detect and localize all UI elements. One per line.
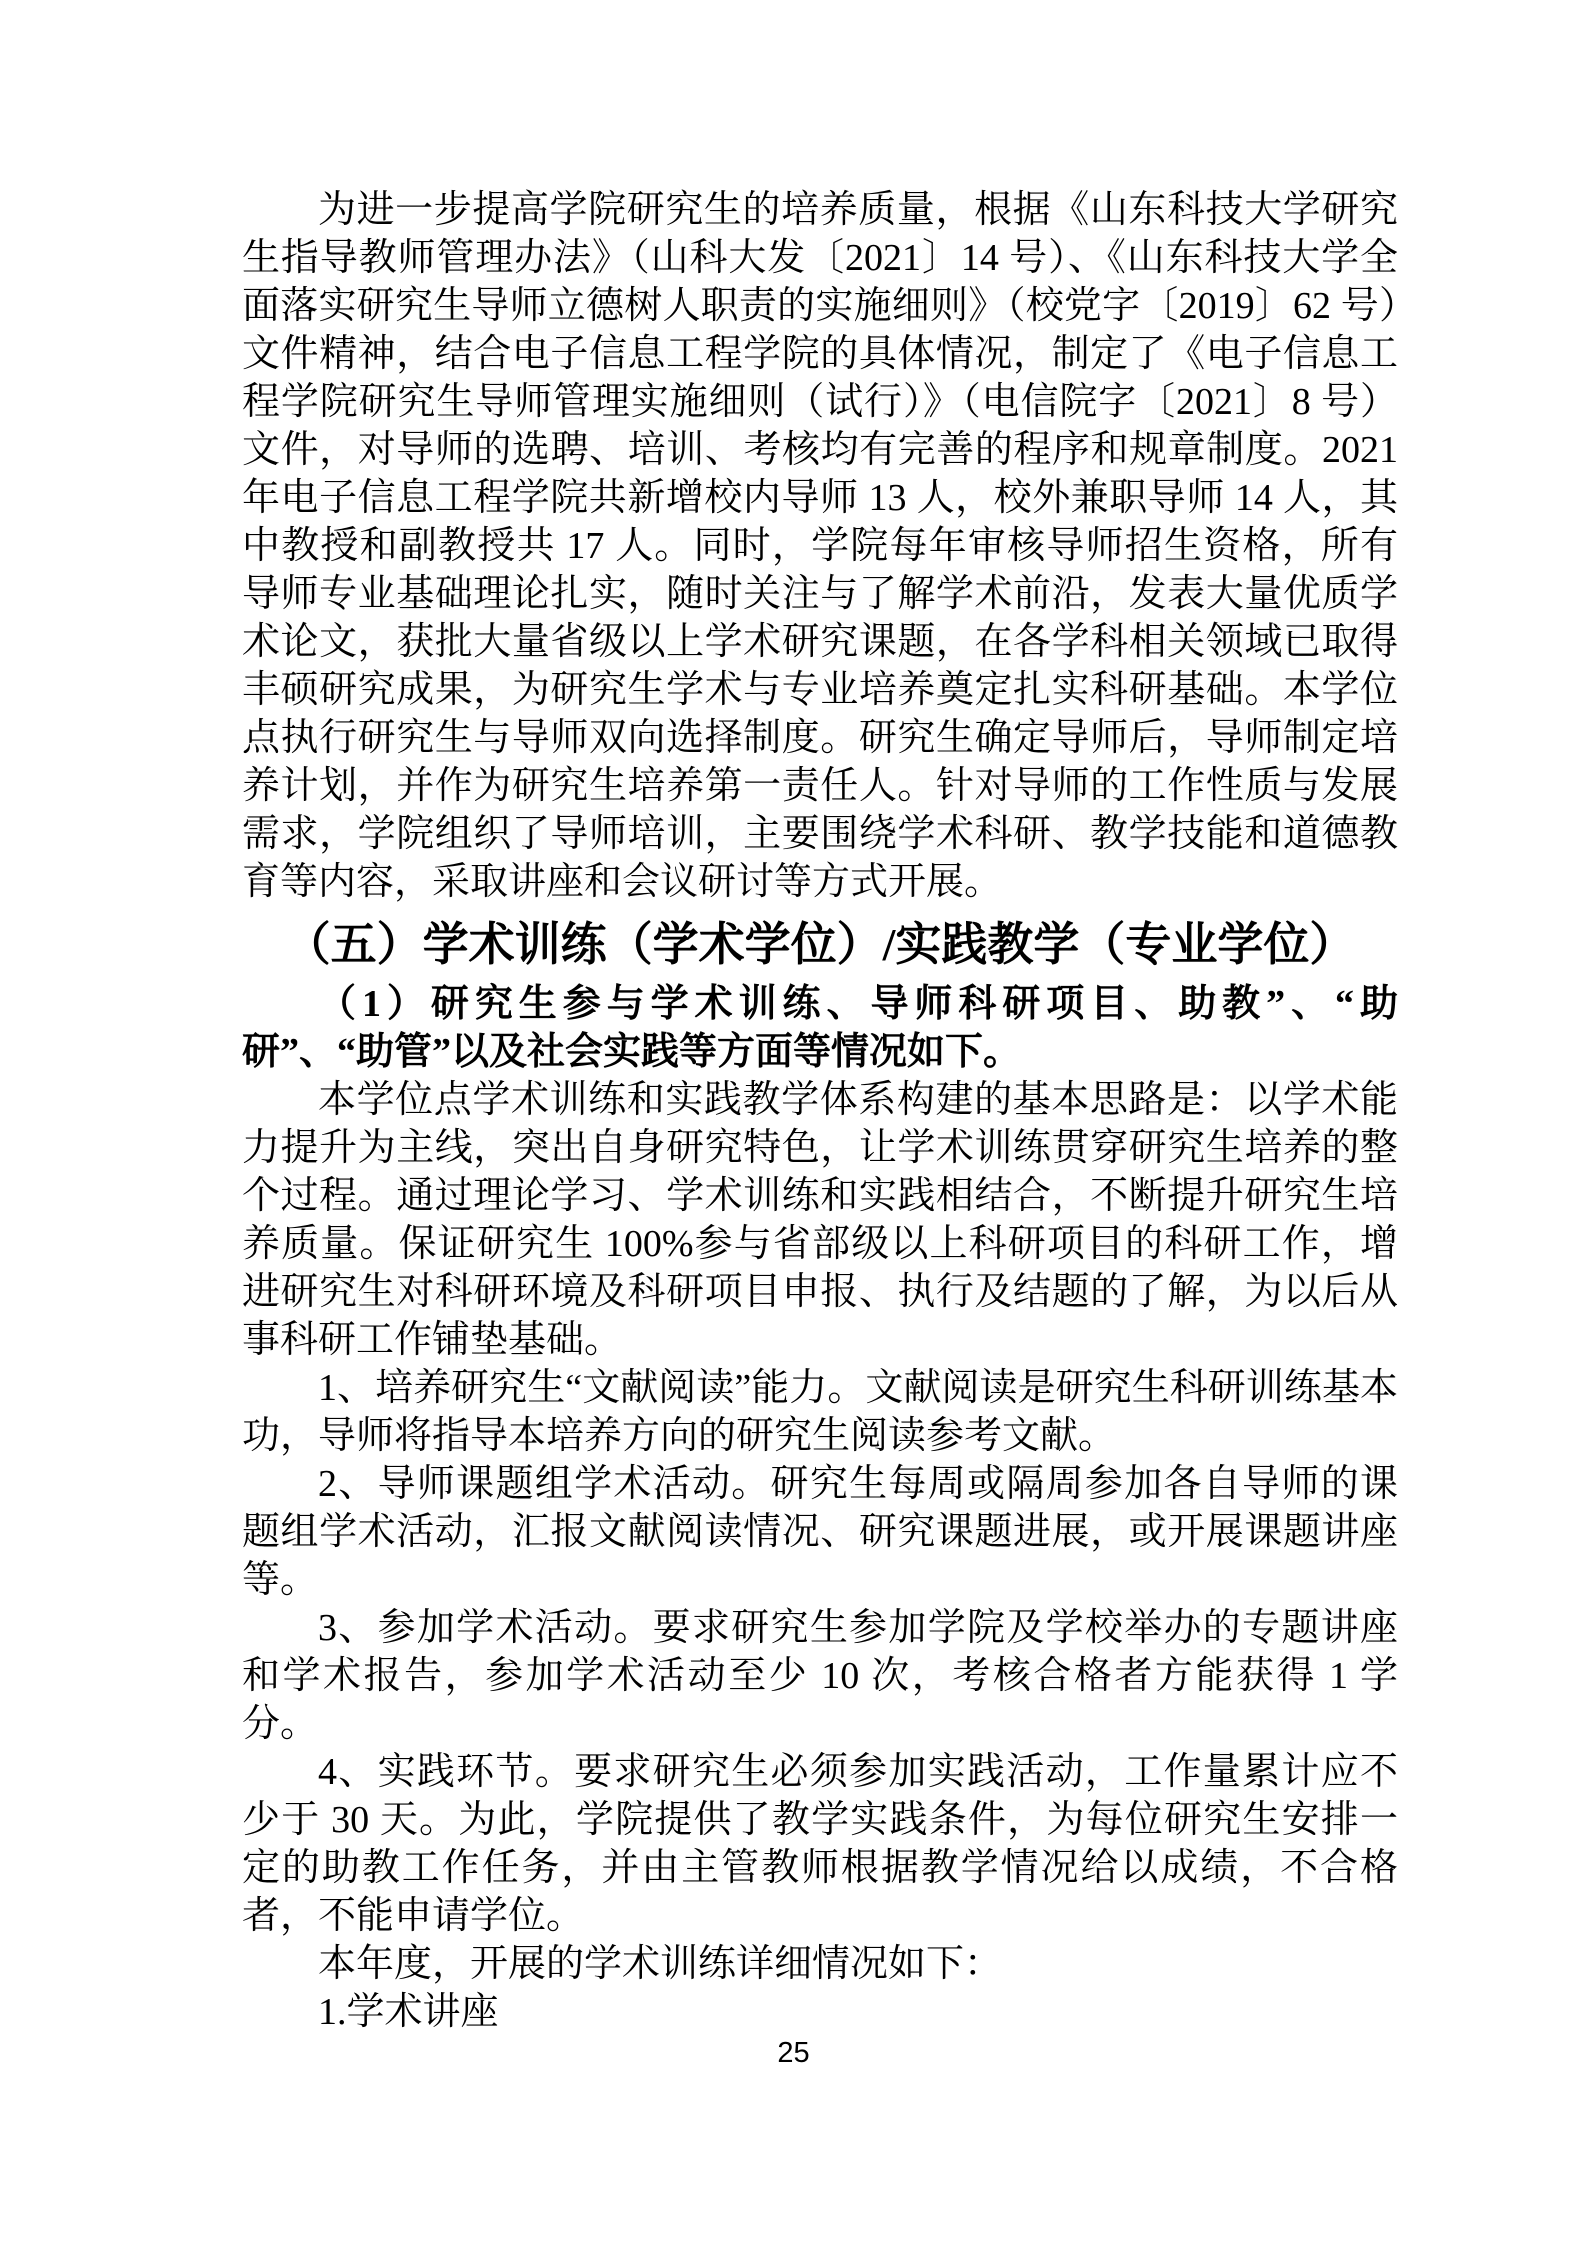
paragraph-training-system: 本学位点学术训练和实践教学体系构建的基本思路是：以学术能力提升为主线，突出自身研… <box>242 1076 1398 1364</box>
page-number: 25 <box>0 2036 1587 2070</box>
list-item-academic-activity: 3、参加学术活动。要求研究生参加学院及学校举办的专题讲座和学术报告，参加学术活动… <box>242 1604 1398 1748</box>
paragraph-mentor-management: 为进一步提高学院研究生的培养质量，根据《山东科技大学研究生指导教师管理办法》（山… <box>242 186 1398 906</box>
paragraph-current-year-intro: 本年度，开展的学术训练详细情况如下： <box>242 1940 1398 1988</box>
subsection-heading-1: （1）研究生参与学术训练、导师科研项目、助教”、“助研”、“助管”以及社会实践等… <box>242 980 1398 1076</box>
list-item-literature-reading: 1、培养研究生“文献阅读”能力。文献阅读是研究生科研训练基本功，导师将指导本培养… <box>242 1364 1398 1460</box>
list-item-practice-segment: 4、实践环节。要求研究生必须参加实践活动，工作量累计应不少于 30 天。为此，学… <box>242 1748 1398 1940</box>
section-heading-five: （五）学术训练（学术学位）/实践教学（专业学位） <box>242 914 1398 976</box>
document-body: 为进一步提高学院研究生的培养质量，根据《山东科技大学研究生指导教师管理办法》（山… <box>242 186 1398 2036</box>
line-academic-lecture: 1.学术讲座 <box>242 1988 1398 2036</box>
list-item-research-group-activity: 2、导师课题组学术活动。研究生每周或隔周参加各自导师的课题组学术活动，汇报文献阅… <box>242 1460 1398 1604</box>
document-page: 为进一步提高学院研究生的培养质量，根据《山东科技大学研究生指导教师管理办法》（山… <box>0 0 1587 2245</box>
